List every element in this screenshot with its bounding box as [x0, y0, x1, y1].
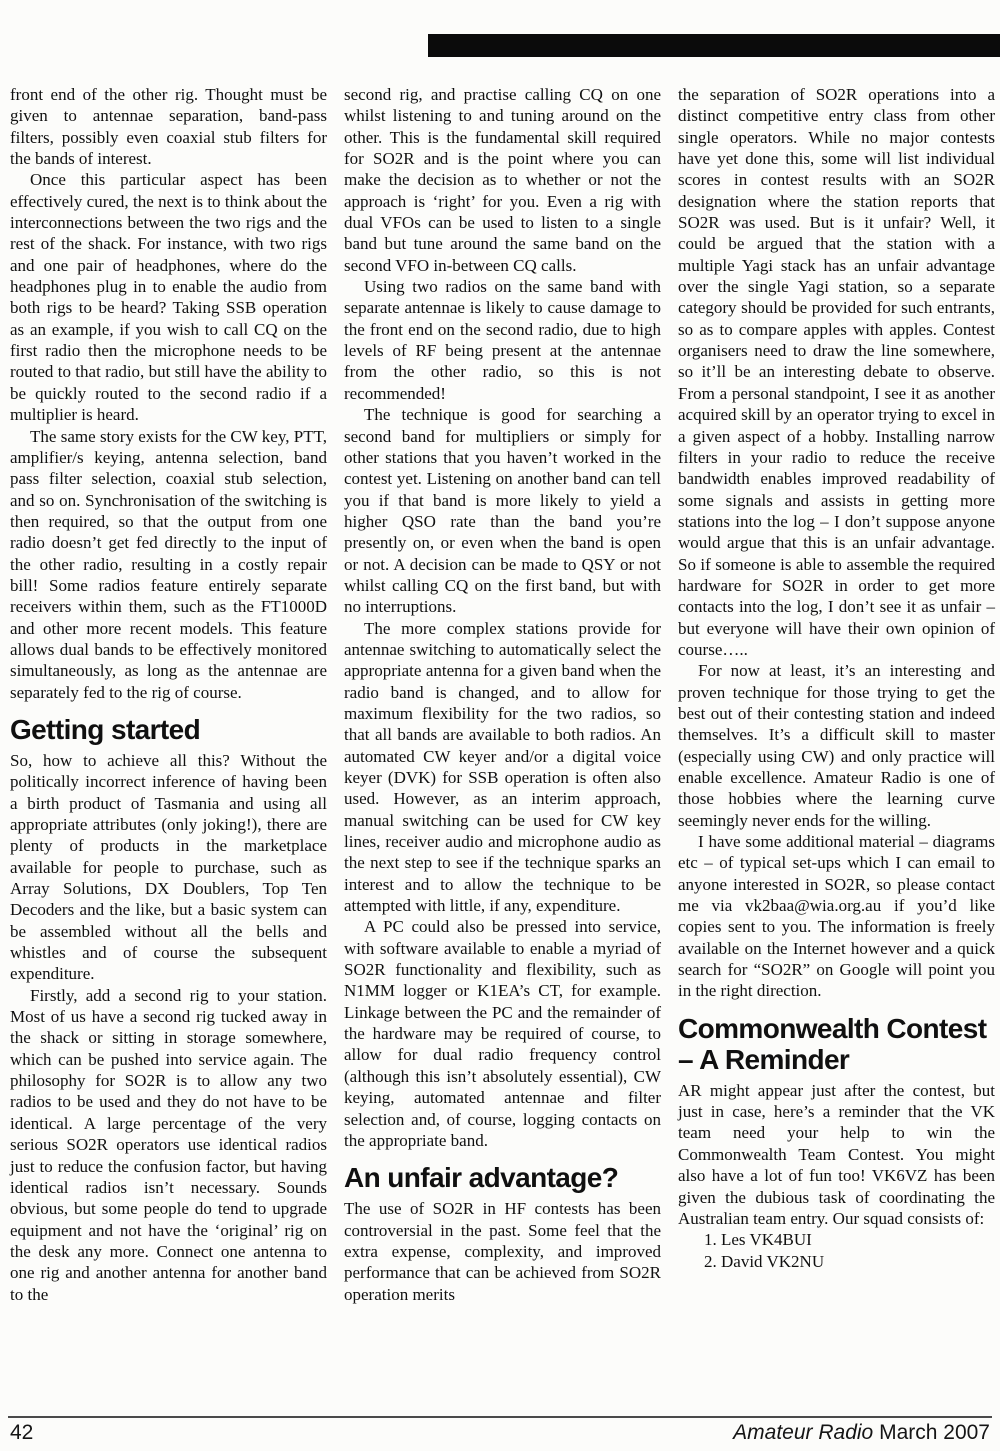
column-1: front end of the other rig. Thought must… — [10, 84, 327, 1305]
paragraph: AR might appear just after the contest, … — [678, 1080, 995, 1229]
paragraph: So, how to achieve all this? Without the… — [10, 750, 327, 985]
section-heading-unfair-advantage: An unfair advantage? — [344, 1162, 661, 1193]
page-number: 42 — [10, 1421, 33, 1445]
section-heading-commonwealth-contest: Commonwealth Contest– A Reminder — [678, 1013, 995, 1075]
column-2: second rig, and practise calling CQ on o… — [344, 84, 661, 1305]
squad-list-item: 1. Les VK4BUI — [678, 1229, 995, 1250]
paragraph: Once this particular aspect has been eff… — [10, 169, 327, 425]
paragraph: the separation of SO2R operations into a… — [678, 84, 995, 660]
paragraph: The use of SO2R in HF contests has been … — [344, 1198, 661, 1305]
paragraph: I have some additional material – diagra… — [678, 831, 995, 1002]
section-heading-getting-started: Getting started — [10, 714, 327, 745]
paragraph: For now at least, it’s an interesting an… — [678, 660, 995, 831]
paragraph: Using two radios on the same band with s… — [344, 276, 661, 404]
paragraph: The more complex stations provide for an… — [344, 618, 661, 917]
footer-credit: Amateur Radio March 2007 — [733, 1421, 990, 1445]
paragraph: The technique is good for searching a se… — [344, 404, 661, 617]
column-3: the separation of SO2R operations into a… — [678, 84, 995, 1305]
squad-list-item: 2. David VK2NU — [678, 1251, 995, 1272]
paragraph: A PC could also be pressed into service,… — [344, 916, 661, 1151]
magazine-page: front end of the other rig. Thought must… — [0, 0, 1000, 1451]
article-body: front end of the other rig. Thought must… — [10, 84, 996, 1305]
paragraph: The same story exists for the CW key, PT… — [10, 426, 327, 703]
scan-artifact-bar — [428, 34, 1000, 57]
footer-rule — [8, 1416, 992, 1418]
paragraph: second rig, and practise calling CQ on o… — [344, 84, 661, 276]
paragraph: front end of the other rig. Thought must… — [10, 84, 327, 169]
issue-date: March 2007 — [879, 1421, 990, 1444]
paragraph: Firstly, add a second rig to your statio… — [10, 985, 327, 1305]
magazine-name: Amateur Radio — [733, 1421, 873, 1444]
